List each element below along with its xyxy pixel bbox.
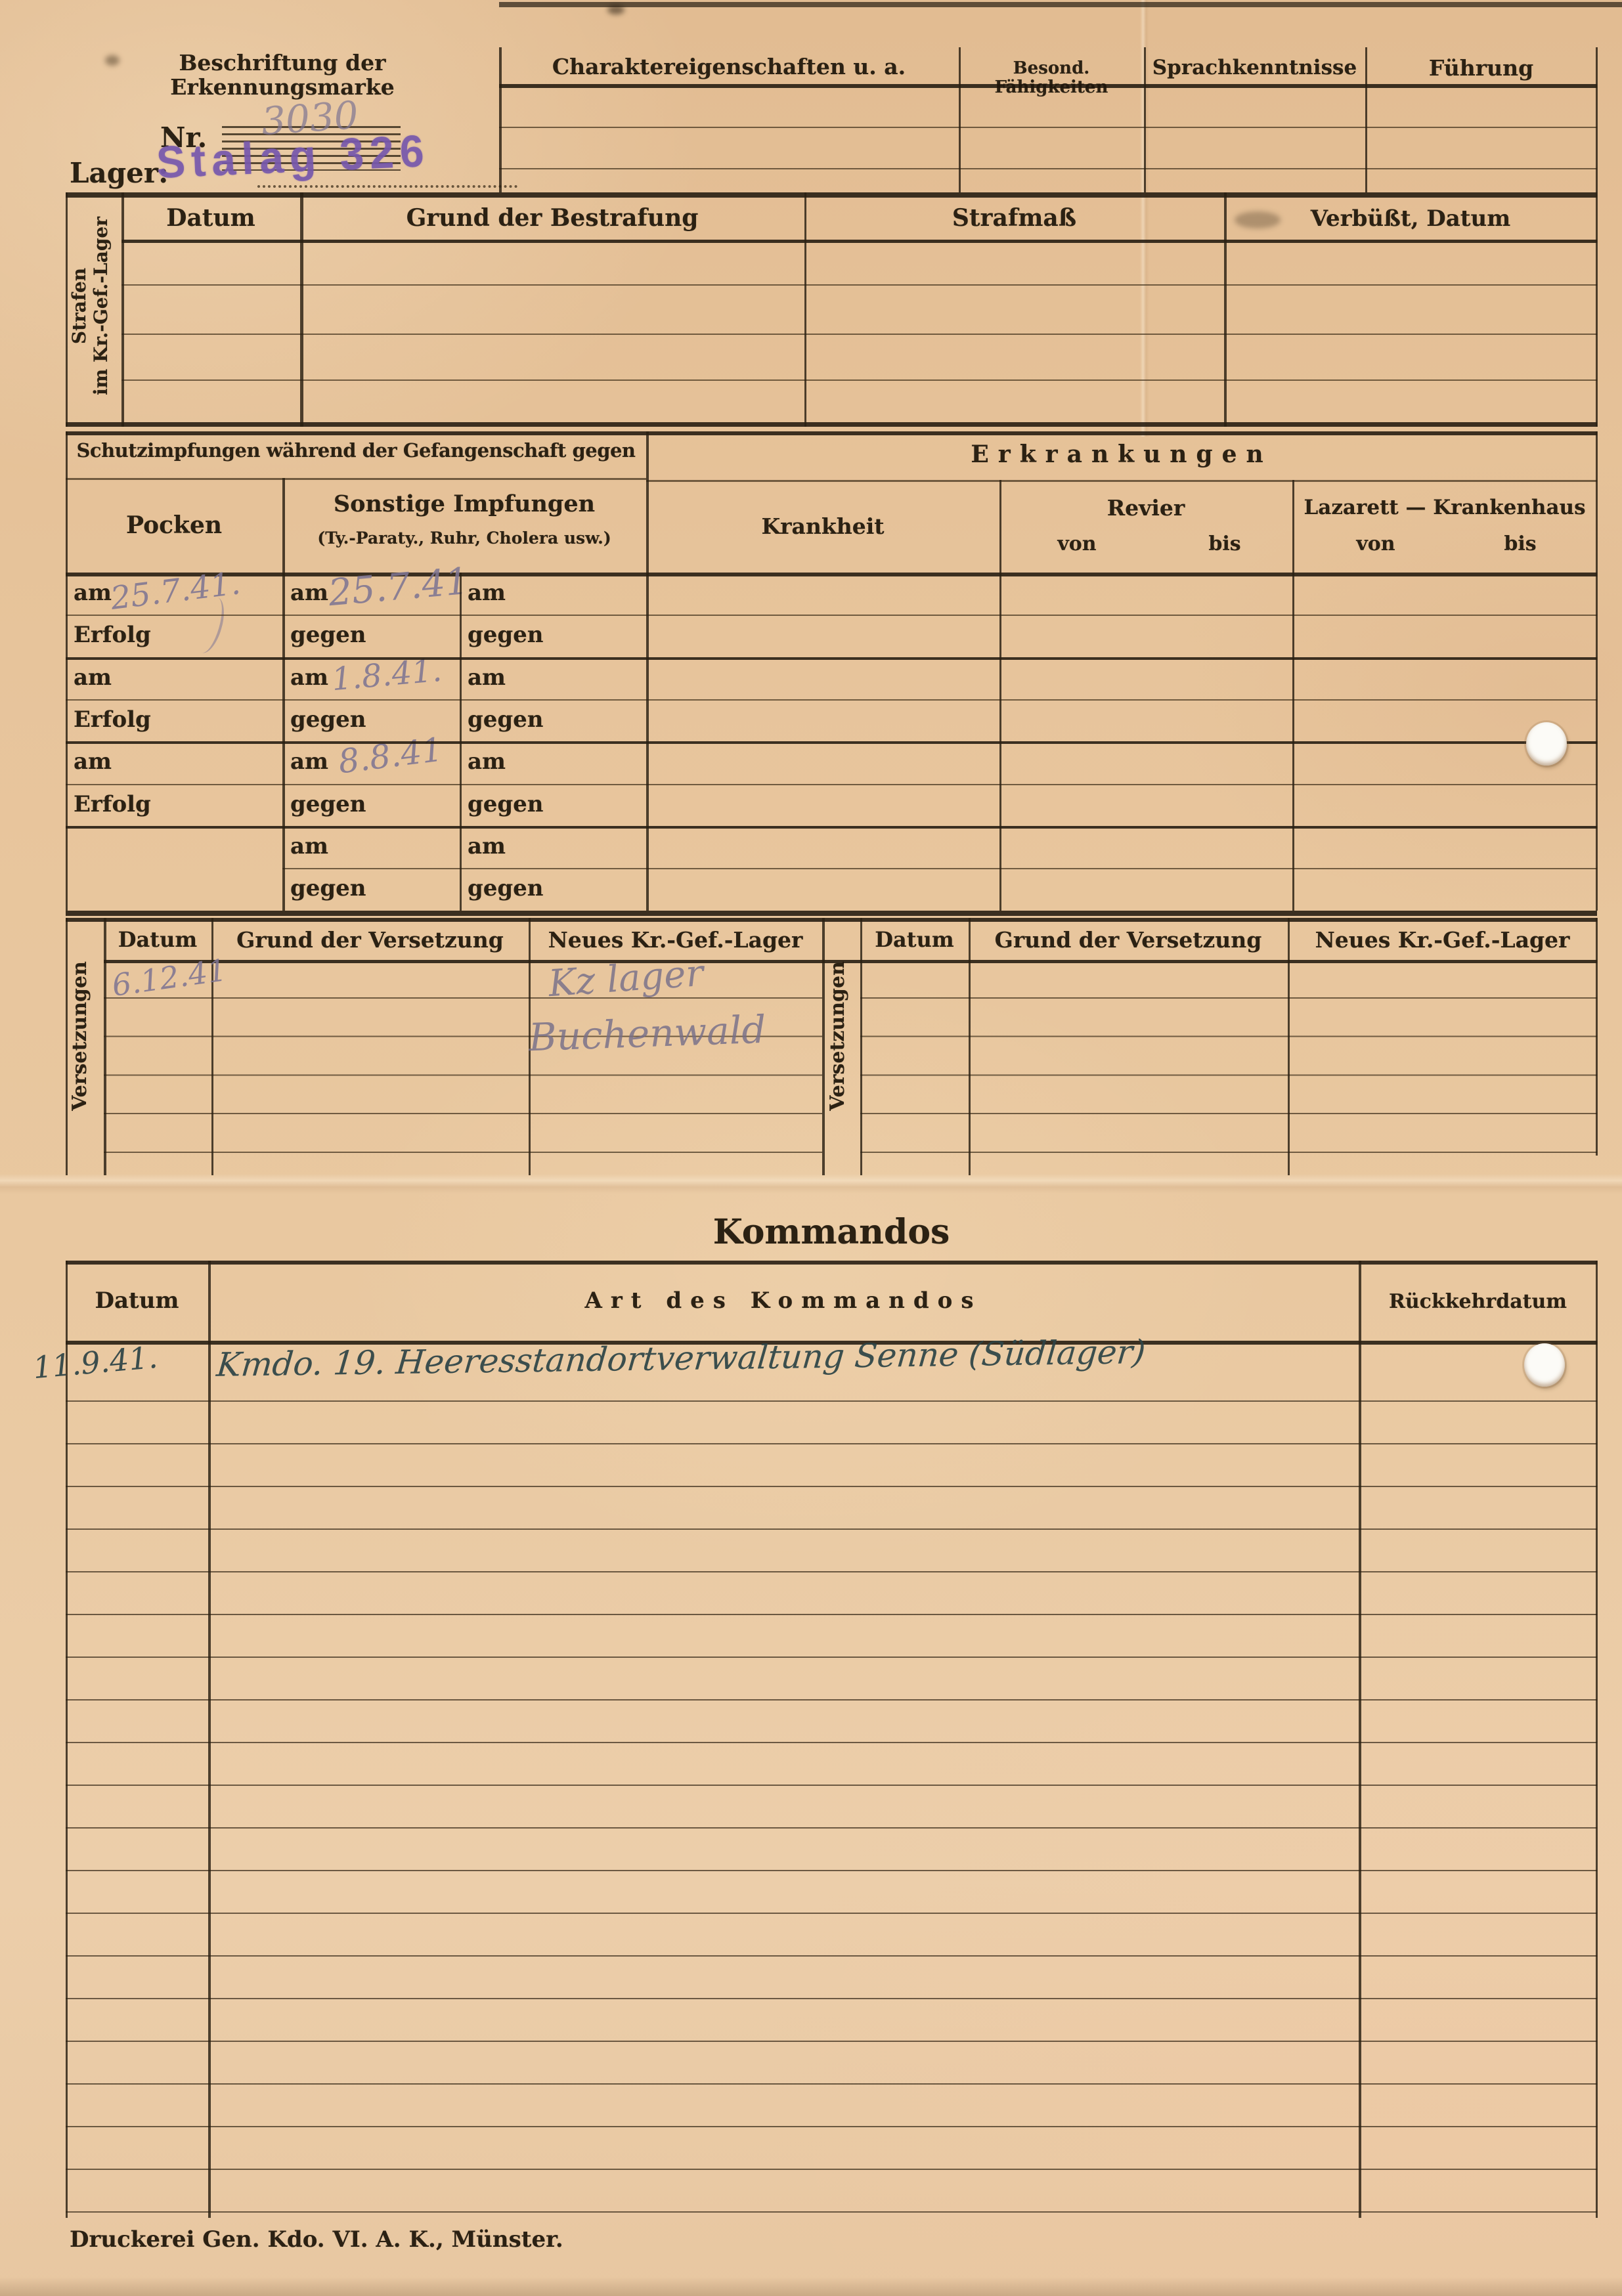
sonstige2-am-label: am: [468, 580, 506, 605]
rule-v: [1288, 918, 1290, 1175]
rule-h: [499, 2, 1622, 7]
sonstige1-am-label: am: [290, 665, 328, 690]
rule-h: [499, 84, 1597, 88]
rule-v: [822, 918, 825, 1175]
sonstige1-gegen-label: gegen: [290, 792, 366, 817]
strafen-grund-header: Grund der Bestrafung: [300, 205, 804, 231]
rule-v: [1596, 918, 1598, 1156]
erkrankungen-title: Erkrankungen: [646, 441, 1597, 467]
rule-v: [1144, 47, 1146, 192]
rule-v: [1596, 431, 1598, 911]
rule-v: [1596, 1261, 1598, 2218]
rule-h: [66, 422, 1597, 427]
kommandos-datum-header: Datum: [66, 1288, 208, 1313]
rule-v: [208, 1261, 211, 2218]
sonstige2-gegen-label: gegen: [468, 876, 544, 901]
rule-v: [1224, 192, 1227, 427]
sonstige1-am-label: am: [290, 580, 328, 605]
pocken-erfolg-label: Erfolg: [74, 792, 151, 817]
rule-v: [460, 573, 462, 911]
pocken-am-label: am: [74, 665, 112, 690]
hole-punch: [1524, 1343, 1565, 1387]
rule-h: [121, 240, 1597, 243]
rule-v: [66, 1261, 68, 2218]
hole-punch: [1526, 722, 1567, 766]
rule-v: [804, 192, 806, 427]
pocken-erfolg-label: Erfolg: [74, 707, 151, 732]
rule-h: [66, 657, 1597, 660]
sonstige-header: Sonstige Impfungen: [282, 491, 646, 517]
rule-v: [1596, 192, 1598, 427]
sonstige2-am-label: am: [468, 749, 506, 774]
rule-v: [999, 480, 1001, 911]
versetzungen-neues-header-left: Neues Kr.-Gef.-Lager: [529, 928, 822, 953]
col-faehigkeiten-header: Besond. Fähigkeiten: [957, 59, 1145, 97]
sonstige-date-handwritten-1: 25.7.41: [327, 560, 471, 615]
strafen-side-label-line2: im Kr.-Gef.-Lager: [90, 217, 112, 395]
rule-v: [499, 47, 502, 192]
col-charakter-header: Charaktereigenschaften u. a.: [499, 55, 959, 79]
sonstige2-gegen-label: gegen: [468, 792, 544, 817]
rule-h: [121, 284, 1597, 286]
rule-h: [66, 826, 1597, 829]
revier-header: Revier: [999, 496, 1292, 521]
rule-h: [66, 741, 1597, 744]
rule-h: [66, 1261, 1597, 1265]
fold-crease: [0, 1174, 1622, 1194]
versetzungen-grund-header-left: Grund der Versetzung: [211, 928, 529, 953]
rule-v: [1292, 480, 1294, 911]
sonstige1-am-label: am: [290, 834, 328, 859]
rule-v: [646, 431, 649, 911]
rule-v: [104, 918, 106, 1175]
versetzungen-side-label-right: Versetzungen: [826, 919, 849, 1153]
rule-h: [66, 573, 1597, 576]
strafen-datum-header: Datum: [121, 205, 300, 231]
rule-h: [66, 615, 1597, 616]
rule-h: [282, 868, 1597, 869]
impfungen-title: Schutzimpfungen während der Gefangenscha…: [66, 440, 646, 461]
pocken-header: Pocken: [66, 512, 282, 538]
rule-h: [66, 192, 1597, 198]
versetzungen-ruled-lines-right: [860, 960, 1597, 1154]
krankheit-header: Krankheit: [646, 515, 999, 539]
lazarett-von-label: von: [1333, 533, 1418, 555]
versetzungen-neues-header-right: Neues Kr.-Gef.-Lager: [1288, 928, 1597, 953]
rule-h: [121, 334, 1597, 335]
sonstige2-am-label: am: [468, 665, 506, 690]
kommandos-title: Kommandos: [66, 1213, 1597, 1251]
pow-record-card: Beschriftung der Erkennungsmarke Nr. 303…: [0, 0, 1622, 2296]
rule-v: [1596, 47, 1598, 192]
strafen-verbuesst-header: Verbüßt, Datum: [1224, 206, 1597, 231]
sonstige-note: (Ty.-Paraty., Ruhr, Cholera usw.): [282, 529, 646, 548]
rule-v: [121, 192, 124, 427]
sonstige1-gegen-label: gegen: [290, 622, 366, 647]
sonstige1-gegen-label: gegen: [290, 876, 366, 901]
strafen-strafmass-header: Strafmaß: [804, 205, 1224, 231]
rule-h: [66, 478, 646, 480]
rule-v: [66, 192, 68, 427]
versetzungen-side-label-left: Versetzungen: [68, 919, 91, 1153]
rule-h: [66, 699, 1597, 701]
versetzungen-datum-header-left: Datum: [104, 928, 211, 952]
kommandos-rueckkehr-header: Rückkehrdatum: [1359, 1291, 1597, 1313]
sonstige1-gegen-label: gegen: [290, 707, 366, 732]
rule-h: [121, 379, 1597, 381]
sonstige2-gegen-label: gegen: [468, 707, 544, 732]
revier-bis-label: bis: [1182, 533, 1267, 555]
versetzung-lager-handwritten-2: Buchenwald: [528, 1007, 767, 1060]
rule-v: [66, 918, 68, 1175]
versetzungen-datum-header-right: Datum: [860, 928, 969, 952]
rule-h: [646, 480, 1597, 482]
rule-h: [66, 911, 1597, 916]
rule-v: [66, 431, 68, 911]
col-sprach-header: Sprachkenntnisse: [1144, 56, 1365, 79]
tag-section-title: Beschriftung der Erkennungsmarke: [66, 51, 499, 100]
pocken-am-label: am: [74, 749, 112, 774]
strafen-side-label-line1: Strafen: [68, 268, 90, 344]
lazarett-bis-label: bis: [1478, 533, 1563, 555]
sonstige1-am-label: am: [290, 749, 328, 774]
rule-h: [499, 127, 1597, 128]
rule-h: [66, 431, 1597, 435]
rule-v: [1365, 47, 1367, 192]
rule-v: [282, 478, 285, 911]
rule-v: [969, 918, 971, 1175]
bottom-edge-shadow: [0, 2277, 1622, 2296]
revier-von-label: von: [1034, 533, 1120, 555]
rule-v: [860, 918, 862, 1175]
lazarett-header: Lazarett — Krankenhaus: [1292, 496, 1597, 519]
kommandos-ruled-lines: [66, 1359, 1597, 2214]
pocken-am-label: am: [74, 580, 112, 605]
rule-h: [499, 168, 1597, 169]
rule-v: [959, 47, 961, 192]
lager-label: Lager:: [70, 158, 168, 188]
rule-h: [66, 784, 1597, 785]
versetzungen-grund-header-right: Grund der Versetzung: [969, 928, 1288, 953]
rule-v: [300, 192, 303, 427]
strafen-side-label: Strafen im Kr.-Gef.-Lager: [68, 192, 112, 420]
printer-imprint: Druckerei Gen. Kdo. VI. A. K., Münster.: [70, 2227, 563, 2252]
sonstige2-am-label: am: [468, 834, 506, 859]
rule-v: [1359, 1261, 1361, 2218]
col-fuehrung-header: Führung: [1365, 56, 1597, 81]
sonstige-date-handwritten-3: 8.8.41: [336, 731, 445, 781]
kommandos-art-header: Art des Kommandos: [208, 1288, 1359, 1313]
sonstige2-gegen-label: gegen: [468, 622, 544, 647]
pocken-erfolg-label: Erfolg: [74, 622, 151, 647]
